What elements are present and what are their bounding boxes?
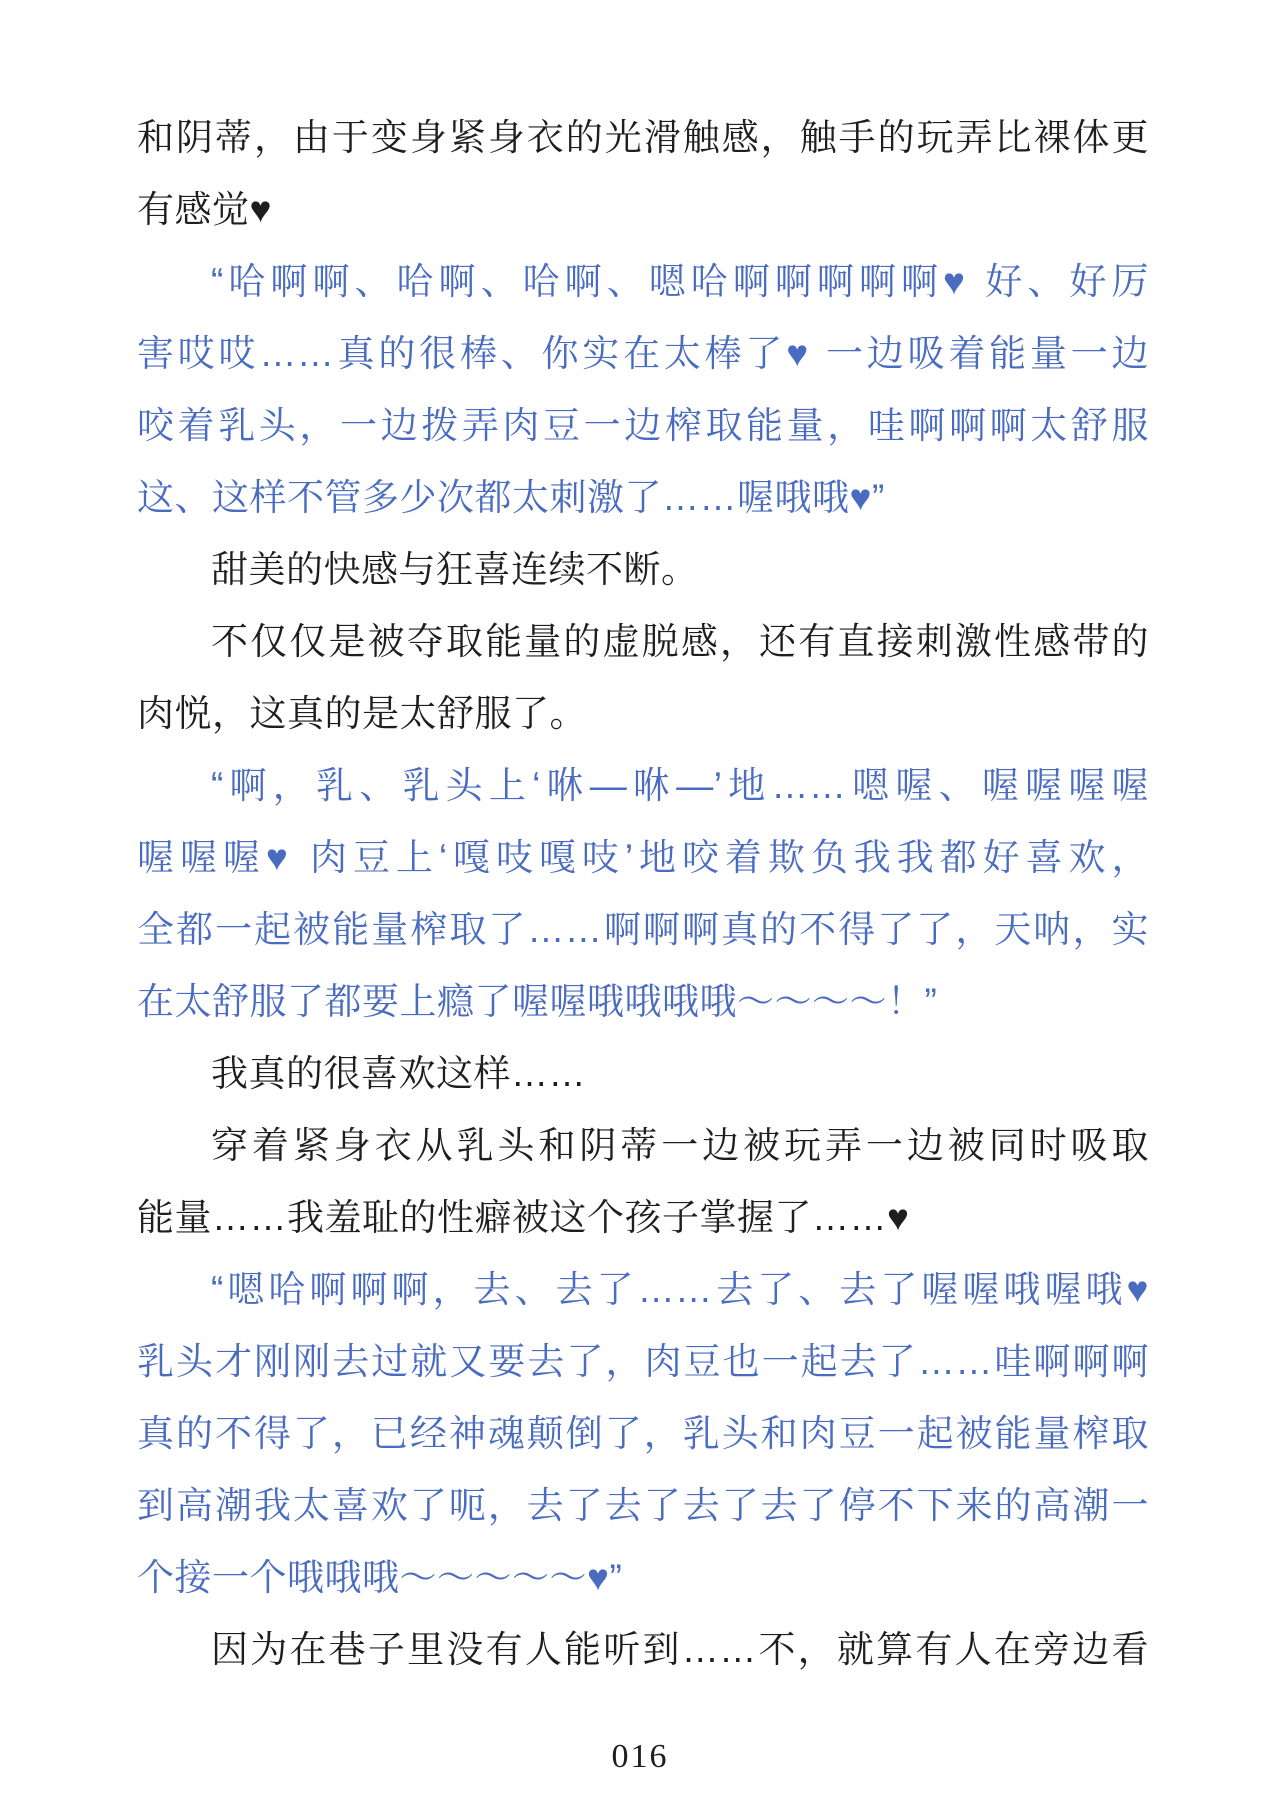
text-line-1: 和阴蒂，由于变身紧身衣的光滑触感，触手的玩弄比裸体更: [137, 102, 1149, 174]
text-line-12: 全都一起被能量榨取了……啊啊啊真的不得了了，天呐，实: [137, 894, 1149, 966]
text-line-11: 喔喔喔♥ 肉豆上‘嘎吱嘎吱’地咬着欺负我我都好喜欢，: [137, 822, 1149, 894]
text-line-17: “嗯哈啊啊啊，去、去了……去了、去了喔喔哦喔哦♥: [137, 1254, 1149, 1326]
text-line-7: 甜美的快感与狂喜连续不断。: [137, 534, 1149, 606]
book-page: 和阴蒂，由于变身紧身衣的光滑触感，触手的玩弄比裸体更有感觉♥“哈啊啊、哈啊、哈啊…: [0, 0, 1280, 1807]
text-line-16: 能量……我羞耻的性癖被这个孩子掌握了……♥: [137, 1182, 1149, 1254]
page-number: 016: [0, 1738, 1280, 1776]
text-line-13: 在太舒服了都要上瘾了喔喔哦哦哦哦～～～～！”: [137, 966, 1149, 1038]
text-line-18: 乳头才刚刚去过就又要去了，肉豆也一起去了……哇啊啊啊: [137, 1326, 1149, 1398]
text-line-3: “哈啊啊、哈啊、哈啊、嗯哈啊啊啊啊啊♥ 好、好厉: [137, 246, 1149, 318]
page-text: 和阴蒂，由于变身紧身衣的光滑触感，触手的玩弄比裸体更有感觉♥“哈啊啊、哈啊、哈啊…: [137, 102, 1149, 1686]
text-line-2: 有感觉♥: [137, 174, 1149, 246]
text-line-15: 穿着紧身衣从乳头和阴蒂一边被玩弄一边被同时吸取: [137, 1110, 1149, 1182]
text-line-10: “啊，乳、乳头上‘咻—咻—’地……嗯喔、喔喔喔喔: [137, 750, 1149, 822]
text-line-20: 到高潮我太喜欢了呃，去了去了去了去了停不下来的高潮一: [137, 1470, 1149, 1542]
text-line-4: 害哎哎……真的很棒、你实在太棒了♥ 一边吸着能量一边: [137, 318, 1149, 390]
text-line-21: 个接一个哦哦哦～～～～～♥”: [137, 1542, 1149, 1614]
text-line-19: 真的不得了，已经神魂颠倒了，乳头和肉豆一起被能量榨取: [137, 1398, 1149, 1470]
text-line-5: 咬着乳头，一边拨弄肉豆一边榨取能量，哇啊啊啊太舒服了，: [137, 390, 1149, 462]
text-line-14: 我真的很喜欢这样……: [137, 1038, 1149, 1110]
text-line-22: 因为在巷子里没有人能听到……不，就算有人在旁边看: [137, 1614, 1149, 1686]
text-line-9: 肉悦，这真的是太舒服了。: [137, 678, 1149, 750]
text-line-6: 这、这样不管多少次都太刺激了……喔哦哦♥”: [137, 462, 1149, 534]
text-line-8: 不仅仅是被夺取能量的虚脱感，还有直接刺激性感带的: [137, 606, 1149, 678]
